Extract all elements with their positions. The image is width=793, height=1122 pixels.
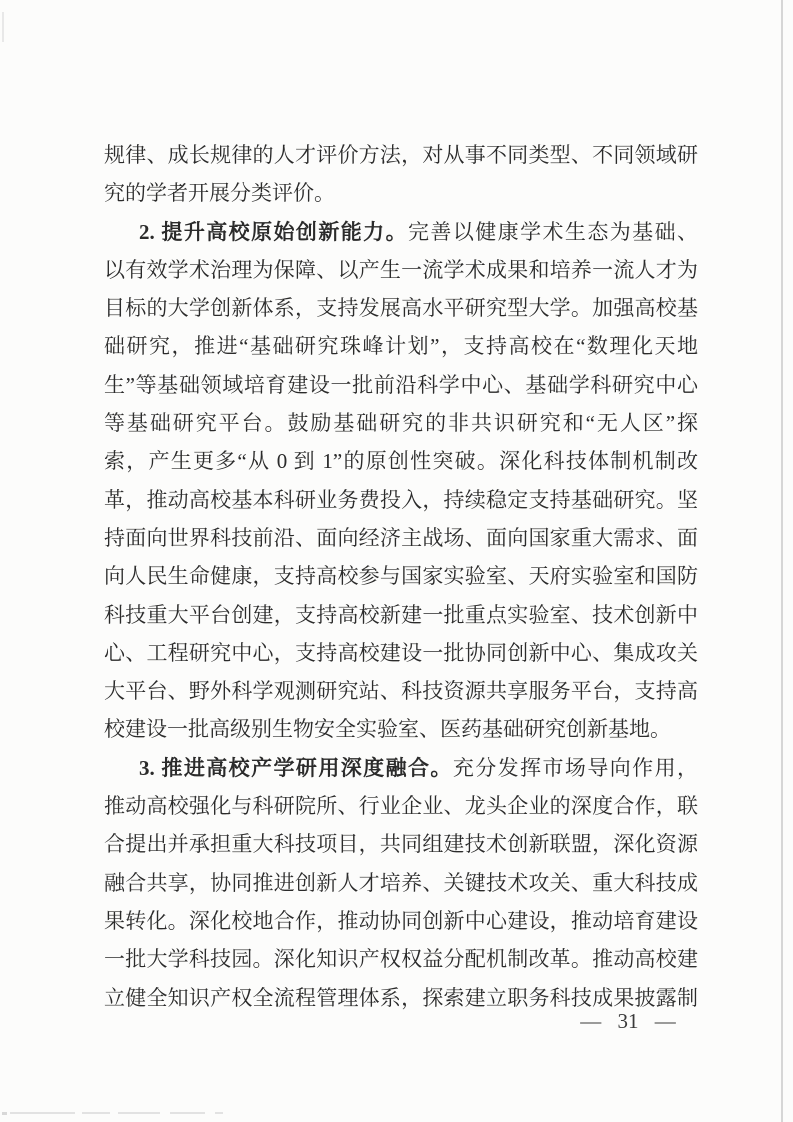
text-line: 心、工程研究中心，支持高校建设一批协同创新中心、集成攻关 [104, 634, 698, 672]
text-line: 究的学者开展分类评价。 [104, 174, 698, 212]
scan-artifact-dash [215, 1112, 223, 1114]
text-line: 果转化。深化校地合作，推动协同创新中心建设，推动培育建设 [104, 902, 698, 940]
page-number: — 31 — [553, 1009, 703, 1034]
text-line: 向人民生命健康，支持高校参与国家实验室、天府实验室和国防 [104, 557, 698, 595]
text-line: 等基础研究平台。鼓励基础研究的非共识研究和“无人区”探 [104, 404, 698, 442]
scan-artifact-dash [2, 1112, 7, 1115]
text-line: 础研究，推进“基础研究珠峰计划”，支持高校在“数理化天地 [104, 327, 698, 365]
text-line: 一批大学科技园。深化知识产权权益分配机制改革。推动高校建 [104, 940, 698, 978]
text-line: 2. 提升高校原始创新能力。完善以健康学术生态为基础、 [104, 213, 698, 251]
text-line: 推动高校强化与科研院所、行业企业、龙头企业的深度合作，联 [104, 787, 698, 825]
scan-artifact-dashes [0, 1112, 793, 1116]
scan-corner-artifact [2, 12, 4, 42]
text-line: 索，产生更多“从 0 到 1”的原创性突破。深化科技体制机制改 [104, 442, 698, 480]
text-line: 生”等基础领域培育建设一批前沿科学中心、基础学科研究中心 [104, 366, 698, 404]
text-line: 融合共享，协同推进创新人才培养、关键技术攻关、重大科技成 [104, 864, 698, 902]
text-line: 科技重大平台创建，支持高校新建一批重点实验室、技术创新中 [104, 596, 698, 634]
bold-heading: 2. 提升高校原始创新能力。 [139, 220, 408, 244]
scan-artifact-dash [10, 1112, 75, 1114]
text-line: 合提出并承担重大科技项目，共同组建技术创新联盟，深化资源 [104, 825, 698, 863]
text-line: 以有效学术治理为保障、以产生一流学术成果和培养一流人才为 [104, 251, 698, 289]
text-line: 3. 推进高校产学研用深度融合。充分发挥市场导向作用， [104, 749, 698, 787]
bold-heading: 3. 推进高校产学研用深度融合。 [139, 756, 453, 780]
document-body: 规律、成长规律的人才评价方法，对从事不同类型、不同领域研究的学者开展分类评价。2… [104, 136, 698, 1017]
text-line: 大平台、野外科学观测研究站、科技资源共享服务平台，支持高 [104, 672, 698, 710]
text-line: 目标的大学创新体系，支持发展高水平研究型大学。加强高校基 [104, 289, 698, 327]
text-line: 校建设一批高级别生物安全实验室、医药基础研究创新基地。 [104, 710, 698, 748]
document-page: 规律、成长规律的人才评价方法，对从事不同类型、不同领域研究的学者开展分类评价。2… [0, 0, 793, 1122]
text-line: 规律、成长规律的人才评价方法，对从事不同类型、不同领域研 [104, 136, 698, 174]
text-line: 革，推动高校基本科研业务费投入，持续稳定支持基础研究。坚 [104, 481, 698, 519]
scan-artifact-dash [118, 1112, 160, 1114]
scan-edge-line [781, 0, 783, 1122]
scan-artifact-dash [170, 1112, 205, 1114]
text-line: 持面向世界科技前沿、面向经济主战场、面向国家重大需求、面 [104, 519, 698, 557]
scan-artifact-dash [82, 1112, 110, 1114]
